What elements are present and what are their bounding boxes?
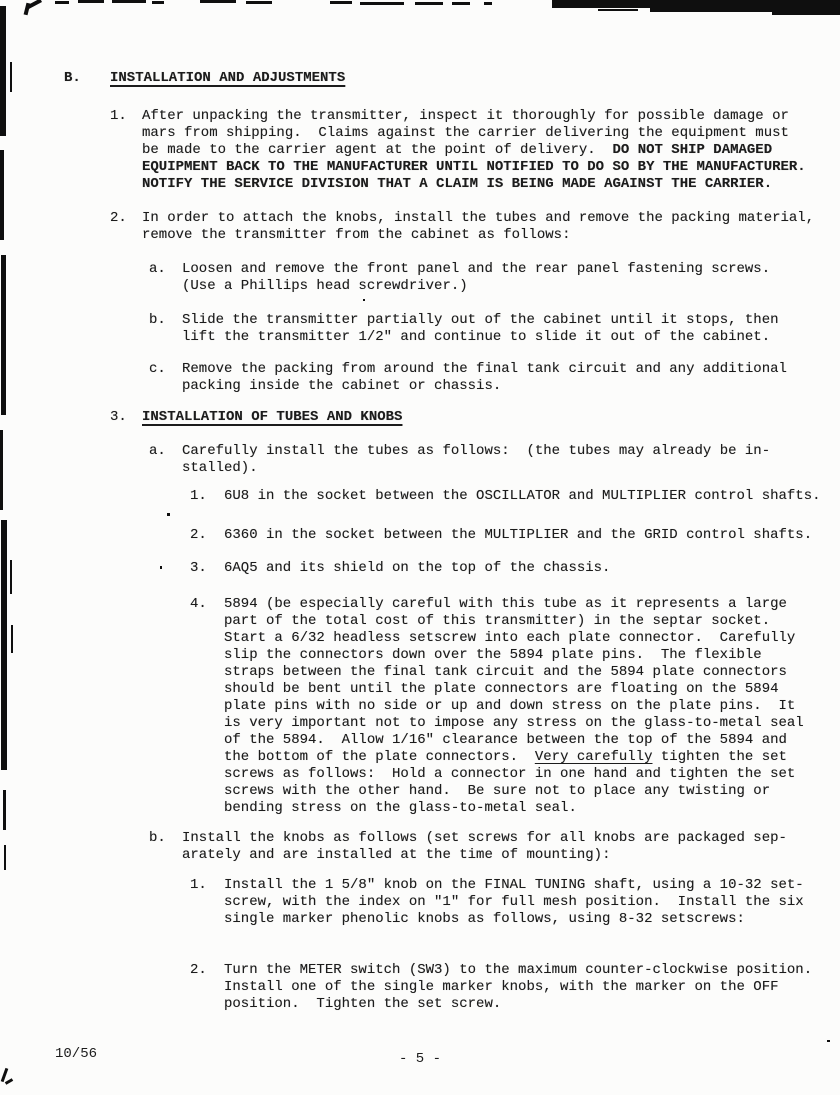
tube-step-1: 1. 6U8 in the socket between the OSCILLA…: [190, 488, 840, 505]
item-1-text: After unpacking the transmitter, inspect…: [142, 108, 806, 193]
item-2-sub-c-letter: c.: [149, 361, 182, 378]
item-3-sub-a: a. Carefully install the tubes as follow…: [149, 443, 840, 477]
item-2-sub-a-text: Loosen and remove the front panel and th…: [182, 261, 770, 295]
section-title: INSTALLATION AND ADJUSTMENTS: [110, 70, 345, 87]
tube-step-2-number: 2.: [190, 527, 224, 544]
item-1: 1. After unpacking the transmitter, insp…: [110, 108, 840, 193]
tube-step-4: 4. 5894 (be especially careful with this…: [190, 596, 840, 817]
item-3-sub-a-text: Carefully install the tubes as follows: …: [182, 443, 770, 477]
item-2-sub-b-text: Slide the transmitter partially out of t…: [182, 312, 779, 346]
knob-step-1-number: 1.: [190, 877, 224, 894]
tube-step-4-number: 4.: [190, 596, 224, 613]
scan-mark: [452, 2, 470, 5]
scan-mark: [152, 1, 164, 4]
document-body: B. INSTALLATION AND ADJUSTMENTS 1. After…: [0, 70, 840, 1013]
tube-step-4-text: 5894 (be especially careful with this tu…: [224, 596, 804, 817]
tube-step-4-emphasis: Very carefully: [535, 749, 653, 765]
scanned-page: { "colors": { "ink": "#1c1c1c", "paper":…: [0, 0, 840, 1095]
item-2-sub-b-letter: b.: [149, 312, 182, 329]
tube-step-3-number: 3.: [190, 560, 224, 577]
item-2: 2. In order to attach the knobs, install…: [110, 210, 840, 244]
item-2-sub-a: a. Loosen and remove the front panel and…: [149, 261, 840, 295]
scan-mark: [598, 9, 638, 11]
item-3-sub-b: b. Install the knobs as follows (set scr…: [149, 830, 840, 864]
scan-mark: [330, 1, 352, 4]
item-2-number: 2.: [110, 210, 142, 227]
scan-mark: [360, 2, 404, 5]
item-2-sub-a-letter: a.: [149, 261, 182, 278]
scan-mark: [246, 1, 272, 4]
tube-step-1-text: 6U8 in the socket between the OSCILLATOR…: [224, 488, 821, 505]
scan-mark: [78, 0, 104, 3]
scan-mark: [484, 2, 492, 5]
item-3-number: 3.: [110, 409, 142, 426]
item-3-title: INSTALLATION OF TUBES AND KNOBS: [142, 409, 402, 426]
scan-mark: [200, 0, 236, 3]
item-3-heading: 3. INSTALLATION OF TUBES AND KNOBS: [110, 409, 840, 426]
tube-step-2: 2. 6360 in the socket between the MULTIP…: [190, 527, 840, 544]
section-letter: B.: [64, 70, 110, 87]
item-2-sub-c-text: Remove the packing from around the final…: [182, 361, 787, 395]
scan-mark: [772, 0, 840, 15]
tube-step-1-number: 1.: [190, 488, 224, 505]
tube-step-3: 3. 6AQ5 and its shield on the top of the…: [190, 560, 840, 577]
knob-step-1: 1. Install the 1 5/8" knob on the FINAL …: [190, 877, 840, 928]
scan-mark: [112, 0, 146, 3]
tube-step-3-text: 6AQ5 and its shield on the top of the ch…: [224, 560, 610, 577]
item-1-number: 1.: [110, 108, 142, 125]
scan-mark: [415, 2, 443, 5]
footer-page-number: - 5 -: [0, 1051, 840, 1067]
knob-step-2: 2. Turn the METER switch (SW3) to the ma…: [190, 962, 840, 1013]
scan-mark: [5, 1078, 13, 1085]
knob-step-2-text: Turn the METER switch (SW3) to the maxim…: [224, 962, 812, 1013]
scan-mark: [55, 1, 69, 4]
item-2-sub-c: c. Remove the packing from around the fi…: [149, 361, 840, 395]
item-2-text: In order to attach the knobs, install th…: [142, 210, 814, 244]
scan-mark: [827, 1040, 830, 1042]
item-3-sub-a-letter: a.: [149, 443, 182, 460]
item-3-sub-b-letter: b.: [149, 830, 182, 847]
tube-step-4-text-before: 5894 (be especially careful with this tu…: [224, 596, 804, 765]
knob-step-1-text: Install the 1 5/8" knob on the FINAL TUN…: [224, 877, 804, 928]
item-3-sub-b-text: Install the knobs as follows (set screws…: [182, 830, 787, 864]
scan-mark: [24, 3, 31, 16]
knob-step-2-number: 2.: [190, 962, 224, 979]
tube-step-2-text: 6360 in the socket between the MULTIPLIE…: [224, 527, 812, 544]
section-heading: B. INSTALLATION AND ADJUSTMENTS: [64, 70, 840, 87]
item-2-sub-b: b. Slide the transmitter partially out o…: [149, 312, 840, 346]
